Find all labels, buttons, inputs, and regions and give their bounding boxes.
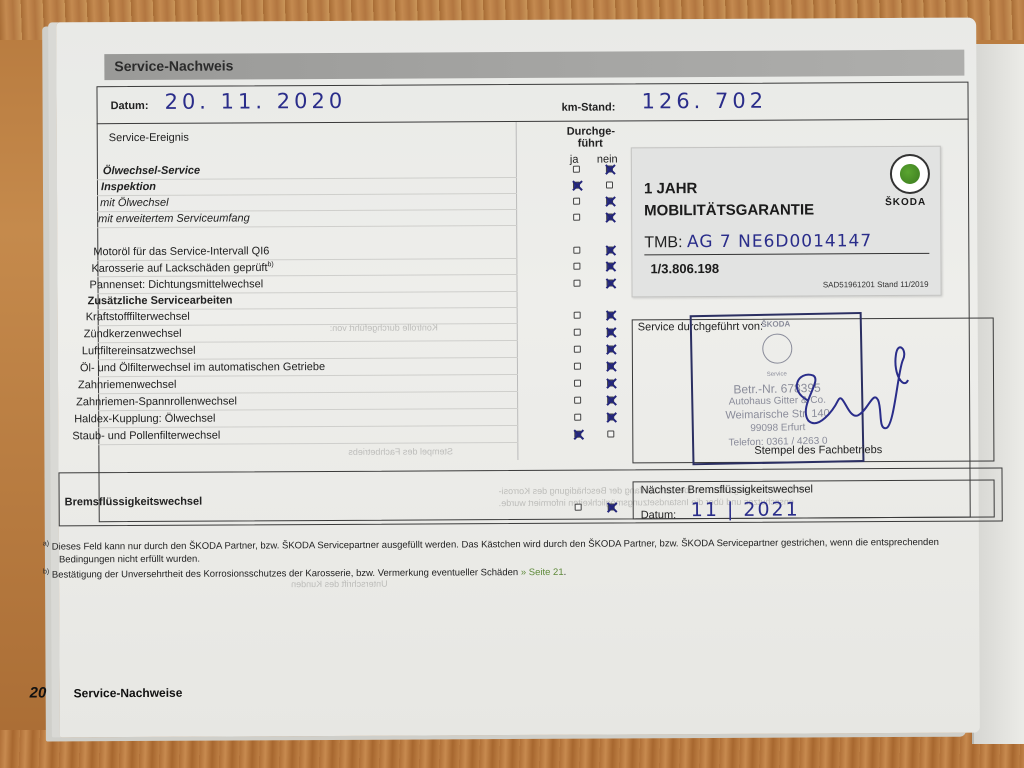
footnote-b: b) Bestätigung der Unversehrtheit des Ko…: [43, 566, 566, 581]
km-label: km-Stand:: [562, 101, 616, 113]
mobility-guarantee-sticker: ŠKODA 1 JAHR MOBILITÄTSGARANTIE TMB: AG …: [631, 146, 942, 298]
sticker-tmb-label: TMB:: [644, 234, 682, 251]
footnote-a: a) Dieses Feld kann nur durch den ŠKODA …: [43, 536, 939, 553]
yes-checkbox[interactable]: [573, 214, 580, 221]
yes-checkbox[interactable]: [573, 280, 580, 287]
yes-checkbox[interactable]: [573, 166, 580, 173]
page-number: 20: [30, 684, 47, 701]
sticker-vin[interactable]: AG 7 NE6D0014147: [687, 231, 872, 252]
service-item-label: Haldex-Kupplung: Ölwechsel: [74, 413, 215, 426]
no-checkbox[interactable]: [607, 345, 614, 352]
performed-header: Durchge-: [567, 125, 615, 137]
performed-header-2: führt: [578, 138, 603, 150]
yes-column-label: ja: [570, 154, 579, 166]
no-checkbox[interactable]: [607, 362, 614, 369]
service-item-label: mit Ölwechsel: [100, 197, 169, 209]
km-value[interactable]: 126. 702: [641, 89, 767, 114]
yes-checkbox[interactable]: [574, 329, 581, 336]
brake-fluid-no-checkbox[interactable]: [608, 503, 615, 510]
section-heading-additional-services: Zusätzliche Servicearbeiten: [88, 294, 233, 307]
no-checkbox[interactable]: [607, 328, 614, 335]
yes-checkbox[interactable]: [573, 247, 580, 254]
page-21-link[interactable]: » Seite 21: [521, 567, 564, 578]
no-checkbox[interactable]: [607, 430, 614, 437]
brake-fluid-yes-checkbox[interactable]: [575, 504, 582, 511]
no-checkbox[interactable]: [606, 197, 613, 204]
no-checkbox[interactable]: [606, 279, 613, 286]
service-item-label: mit erweitertem Serviceumfang: [98, 212, 250, 225]
next-brake-fluid-date[interactable]: 11 | 2021: [691, 499, 800, 522]
service-item-label: Staub- und Pollenfilterwechsel: [72, 430, 220, 443]
sticker-number: 1/3.806.198: [650, 261, 719, 276]
service-item-label: Öl- und Ölfilterwechsel im automatischen…: [80, 361, 325, 374]
no-checkbox[interactable]: [606, 213, 613, 220]
ghost-control-text: Kontrolle durchgeführt von:: [330, 322, 438, 333]
no-checkbox[interactable]: [607, 396, 614, 403]
ghost-stamp-text: Stempel des Fachbetriebs: [348, 446, 453, 457]
sticker-title-1: 1 JAHR: [644, 180, 697, 197]
section-title: Service-Nachweis: [114, 57, 233, 74]
yes-checkbox[interactable]: [574, 312, 581, 319]
service-booklet-page: Service-Nachweis Datum: 20. 11. 2020 km-…: [56, 18, 980, 738]
yes-checkbox[interactable]: [573, 182, 580, 189]
ghost-signature: Unterschrift des Kunden: [291, 579, 388, 590]
yes-checkbox[interactable]: [573, 198, 580, 205]
date-label: Datum:: [111, 100, 149, 112]
service-item-label: Zahnriemenwechsel: [78, 379, 176, 392]
brake-fluid-label: Bremsflüssigkeitswechsel: [65, 496, 203, 509]
service-item-label: Motoröl für das Service-Intervall QI6: [93, 245, 269, 258]
service-item-label: Ölwechsel-Service: [103, 165, 200, 178]
sticker-brand: ŠKODA: [885, 197, 926, 208]
no-checkbox[interactable]: [607, 379, 614, 386]
yes-checkbox[interactable]: [574, 380, 581, 387]
service-item-label: Inspektion: [101, 181, 156, 193]
no-checkbox[interactable]: [607, 413, 614, 420]
page-title: Service-Nachweise: [74, 686, 183, 701]
next-brake-fluid-date-label: Datum:: [641, 509, 677, 521]
yes-checkbox[interactable]: [574, 414, 581, 421]
sticker-reference: SAD51961201 Stand 11/2019: [823, 280, 929, 290]
next-brake-fluid-label: Nächster Bremsflüssigkeitswechsel: [641, 483, 813, 496]
yes-checkbox[interactable]: [574, 346, 581, 353]
yes-checkbox[interactable]: [574, 363, 581, 370]
footnote-a-cont: Bedingungen nicht erfüllt wurden.: [59, 554, 200, 566]
yes-checkbox[interactable]: [573, 263, 580, 270]
date-value[interactable]: 20. 11. 2020: [164, 89, 346, 114]
service-item-label: Zahnriemen-Spannrollenwechsel: [76, 395, 237, 408]
no-checkbox[interactable]: [606, 182, 613, 189]
service-item-label: Kraftstofffilterwechsel: [86, 311, 190, 324]
signature-scribble: [778, 330, 919, 451]
no-checkbox[interactable]: [606, 262, 613, 269]
sticker-title-2: MOBILITÄTSGARANTIE: [644, 201, 814, 219]
no-checkbox[interactable]: [607, 311, 614, 318]
skoda-logo-icon: [890, 154, 930, 194]
yes-checkbox[interactable]: [574, 431, 581, 438]
section-header: Service-Nachweis: [104, 50, 964, 81]
service-item-label: Luftfiltereinsatzwechsel: [82, 345, 196, 358]
sticker-tmb-underline: [644, 253, 929, 255]
service-item-label: Karosserie auf Lackschäden geprüftb): [91, 261, 273, 275]
stamp-brand: ŠKODA: [692, 318, 860, 330]
no-checkbox[interactable]: [606, 166, 613, 173]
yes-checkbox[interactable]: [574, 397, 581, 404]
service-item-label: Pannenset: Dichtungsmittelwechsel: [89, 278, 263, 291]
sticker-tmb: TMB: AG 7 NE6D0014147: [644, 231, 872, 252]
service-item-label: Zündkerzenwechsel: [84, 328, 182, 341]
no-checkbox[interactable]: [606, 246, 613, 253]
